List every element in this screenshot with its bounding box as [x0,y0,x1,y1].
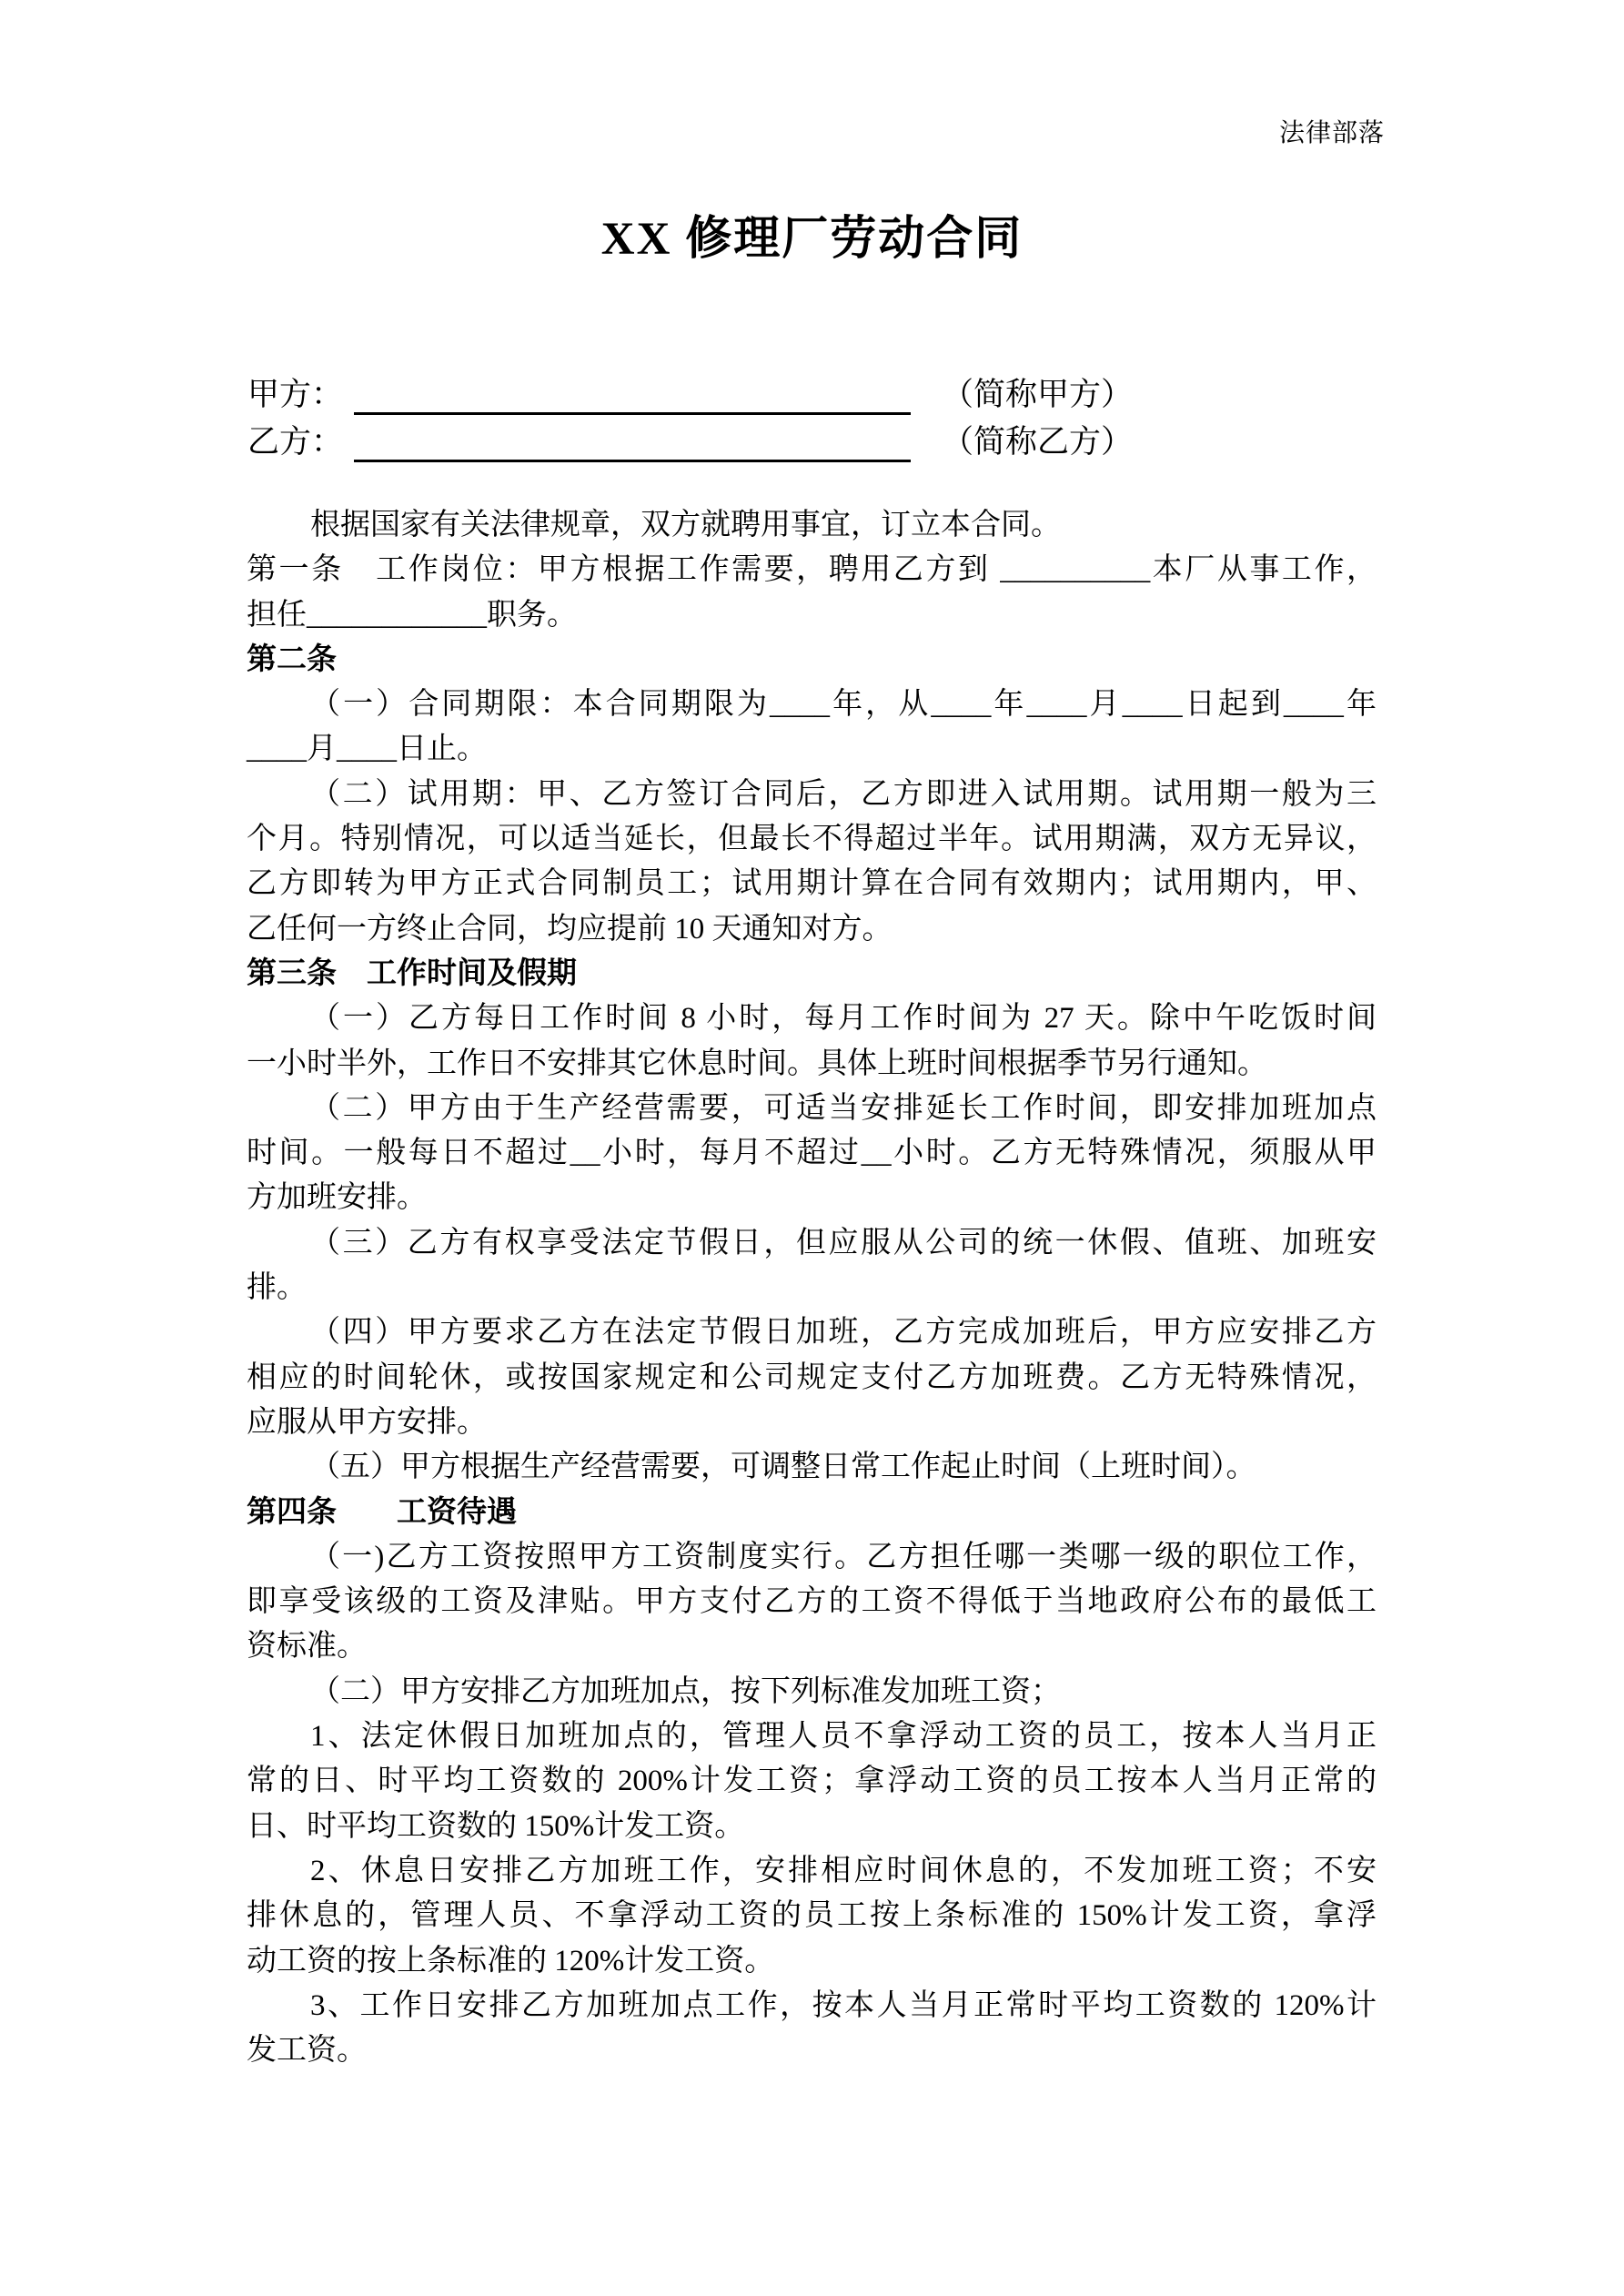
contract-text-line: 第一条 工作岗位：甲方根据工作需要，聘用乙方到 __________本厂从事工作… [247,548,1377,592]
contract-text-line: 一小时半外，工作日不安排其它休息时间。具体上班时间根据季节另行通知。 [247,1042,1377,1087]
party-short-name: （简称甲方） [942,369,1133,415]
party-short-name: （简称乙方） [942,417,1133,462]
party-name-blank-line [354,421,911,462]
contract-text-line: 根据国家有关法律规章，双方就聘用事宜，订立本合同。 [247,503,1377,548]
party-row: 乙方： （简称乙方） [247,415,1378,462]
contract-text-line: 排。 [247,1266,1377,1310]
contract-body: 根据国家有关法律规章，双方就聘用事宜，订立本合同。 第一条 工作岗位：甲方根据工… [247,503,1377,2073]
contract-text-line: 方加班安排。 [247,1176,1377,1220]
party-label: 乙方： [247,417,343,462]
contract-text-line: 第四条 工资待遇 [247,1491,1377,1535]
contract-text-line: （五）甲方根据生产经营需要，可调整日常工作起止时间（上班时间）。 [247,1445,1377,1490]
document-title: XX 修理厂劳动合同 [0,200,1624,268]
site-watermark: 法律部落 [1279,113,1385,149]
contract-text-line: 1、法定休假日加班加点的，管理人员不拿浮动工资的员工，按本人当月正 [247,1714,1377,1759]
contract-text-line: ____月____日止。 [247,727,1377,772]
contract-text-line: 第三条 工作时间及假期 [247,952,1377,996]
contract-text-line: 应服从甲方安排。 [247,1401,1377,1445]
contract-text-line: （三）乙方有权享受法定节假日，但应服从公司的统一休假、值班、加班安 [247,1221,1377,1266]
contract-text-line: （二）甲方安排乙方加班加点，按下列标准发加班工资； [247,1670,1377,1714]
contract-text-line: 动工资的按上条标准的 120%计发工资。 [247,1939,1377,1984]
contract-text-line: 第二条 [247,638,1377,683]
contract-text-line: 3、工作日安排乙方加班加点工作，按本人当月正常时平均工资数的 120%计 [247,1984,1377,2028]
party-name-blank-line [354,374,911,415]
contract-text-line: （一）乙方每日工作时间 8 小时，每月工作时间为 27 天。除中午吃饭时间 [247,996,1377,1041]
contract-text-line: （四）甲方要求乙方在法定节假日加班，乙方完成加班后，甲方应安排乙方 [247,1310,1377,1355]
contract-text-line: 乙任何一方终止合同，均应提前 10 天通知对方。 [247,907,1377,952]
contract-text-line: （二）甲方由于生产经营需要，可适当安排延长工作时间，即安排加班加点 [247,1087,1377,1131]
document-page: 法律部落 XX 修理厂劳动合同 甲方： （简称甲方） 乙方： （简称乙方） 根据… [0,0,1624,2296]
contract-text-line: 排休息的，管理人员、不拿浮动工资的员工按上条标准的 150%计发工资，拿浮 [247,1894,1377,1938]
party-row: 甲方： （简称甲方） [247,368,1378,415]
contract-text-line: 发工资。 [247,2028,1377,2073]
contract-text-line: 担任____________职务。 [247,593,1377,638]
party-label: 甲方： [247,369,343,415]
contract-text-line: 常的日、时平均工资数的 200%计发工资；拿浮动工资的员工按本人当月正常的 [247,1759,1377,1804]
contract-text-line: 2、休息日安排乙方加班工作，安排相应时间休息的，不发加班工资；不安 [247,1849,1377,1894]
contract-text-line: 时间。一般每日不超过__小时，每月不超过__小时。乙方无特殊情况，须服从甲 [247,1131,1377,1176]
contract-text-line: （二）试用期：甲、乙方签订合同后，乙方即进入试用期。试用期一般为三 [247,773,1377,817]
parties-block: 甲方： （简称甲方） 乙方： （简称乙方） [247,368,1378,462]
contract-text-line: （一)乙方工资按照甲方工资制度实行。乙方担任哪一类哪一级的职位工作， [247,1535,1377,1580]
contract-text-line: 资标准。 [247,1624,1377,1669]
contract-text-line: 相应的时间轮休，或按国家规定和公司规定支付乙方加班费。乙方无特殊情况， [247,1356,1377,1401]
contract-text-line: （一）合同期限：本合同期限为____年，从____年____月____日起到__… [247,683,1377,727]
contract-text-line: 乙方即转为甲方正式合同制员工；试用期计算在合同有效期内；试用期内，甲、 [247,862,1377,906]
contract-text-line: 即享受该级的工资及津贴。甲方支付乙方的工资不得低于当地政府公布的最低工 [247,1580,1377,1624]
contract-text-line: 个月。特别情况，可以适当延长，但最长不得超过半年。试用期满，双方无异议， [247,817,1377,862]
contract-text-line: 日、时平均工资数的 150%计发工资。 [247,1805,1377,1849]
